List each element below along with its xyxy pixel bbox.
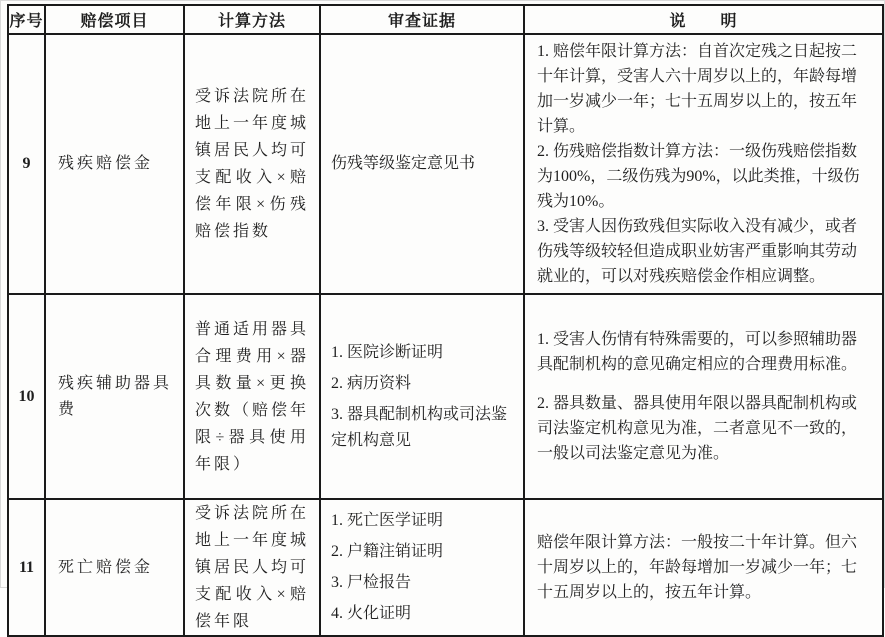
header-item: 赔偿项目 [45,5,184,34]
table-row: 11 死亡赔偿金 受诉法院所在地上一年度城镇居民人均可支配收入×赔偿年限 1. … [8,499,883,636]
cell-seq: 9 [8,34,45,294]
cell-item: 死亡赔偿金 [45,499,184,636]
header-evidence: 审查证据 [320,5,524,34]
evidence-item: 1. 死亡医学证明 [331,508,517,534]
note-paragraph: 1. 赔偿年限计算方法：自首次定残之日起按二十年计算，受害人六十周岁以上的，年龄… [537,39,872,139]
evidence-item: 3. 器具配制机构或司法鉴定机构意见 [331,402,517,454]
note-paragraph: 2. 器具数量、器具使用年限以器具配制机构或司法鉴定机构意见为准，二者意见不一致… [537,391,872,466]
evidence-item: 4. 火化证明 [331,601,517,627]
cell-item: 残疾赔偿金 [45,34,184,294]
header-seq: 序号 [8,5,45,34]
header-row: 序号 赔偿项目 计算方法 审查证据 说 明 [8,5,883,34]
cell-notes: 1. 受害人伤情有特殊需要的，可以参照辅助器具配制机构的意见确定相应的合理费用标… [524,294,883,499]
document-page: 序号 赔偿项目 计算方法 审查证据 说 明 9 残疾赔偿金 受诉法院所在地上一年… [0,0,885,588]
table-row: 9 残疾赔偿金 受诉法院所在地上一年度城镇居民人均可支配收入×赔偿年限×伤残赔偿… [8,34,883,294]
header-method: 计算方法 [184,5,320,34]
cell-item: 残疾辅助器具费 [45,294,184,499]
table-row: 10 残疾辅助器具费 普通适用器具合理费用×器具数量×更换次数（赔偿年限÷器具使… [8,294,883,499]
evidence-item: 2. 户籍注销证明 [331,539,517,565]
cell-seq: 11 [8,499,45,636]
note-paragraph: 3. 受害人因伤致残但实际收入没有减少，或者伤残等级较轻但造成职业妨害严重影响其… [537,214,872,289]
note-paragraph: 2. 伤残赔偿指数计算方法：一级伤残赔偿指数为100%，二级伤残为90%，以此类… [537,139,872,214]
cell-method: 受诉法院所在地上一年度城镇居民人均可支配收入×赔偿年限×伤残赔偿指数 [184,34,320,294]
cell-seq: 10 [8,294,45,499]
note-paragraph: 1. 受害人伤情有特殊需要的，可以参照辅助器具配制机构的意见确定相应的合理费用标… [537,327,872,377]
cell-evidence: 1. 死亡医学证明 2. 户籍注销证明 3. 尸检报告 4. 火化证明 [320,499,524,636]
cell-evidence: 伤残等级鉴定意见书 [320,34,524,294]
compensation-table: 序号 赔偿项目 计算方法 审查证据 说 明 9 残疾赔偿金 受诉法院所在地上一年… [7,4,884,637]
cell-notes: 1. 赔偿年限计算方法：自首次定残之日起按二十年计算，受害人六十周岁以上的，年龄… [524,34,883,294]
note-paragraph: 赔偿年限计算方法：一般按二十年计算。但六十周岁以上的，年龄每增加一岁减少一年；七… [537,530,872,605]
evidence-item: 伤残等级鉴定意见书 [331,151,517,177]
cell-notes: 赔偿年限计算方法：一般按二十年计算。但六十周岁以上的，年龄每增加一岁减少一年；七… [524,499,883,636]
header-notes: 说 明 [524,5,883,34]
evidence-item: 3. 尸检报告 [331,570,517,596]
evidence-item: 2. 病历资料 [331,371,517,397]
cell-evidence: 1. 医院诊断证明 2. 病历资料 3. 器具配制机构或司法鉴定机构意见 [320,294,524,499]
evidence-item: 1. 医院诊断证明 [331,340,517,366]
cell-method: 普通适用器具合理费用×器具数量×更换次数（赔偿年限÷器具使用年限） [184,294,320,499]
cell-method: 受诉法院所在地上一年度城镇居民人均可支配收入×赔偿年限 [184,499,320,636]
